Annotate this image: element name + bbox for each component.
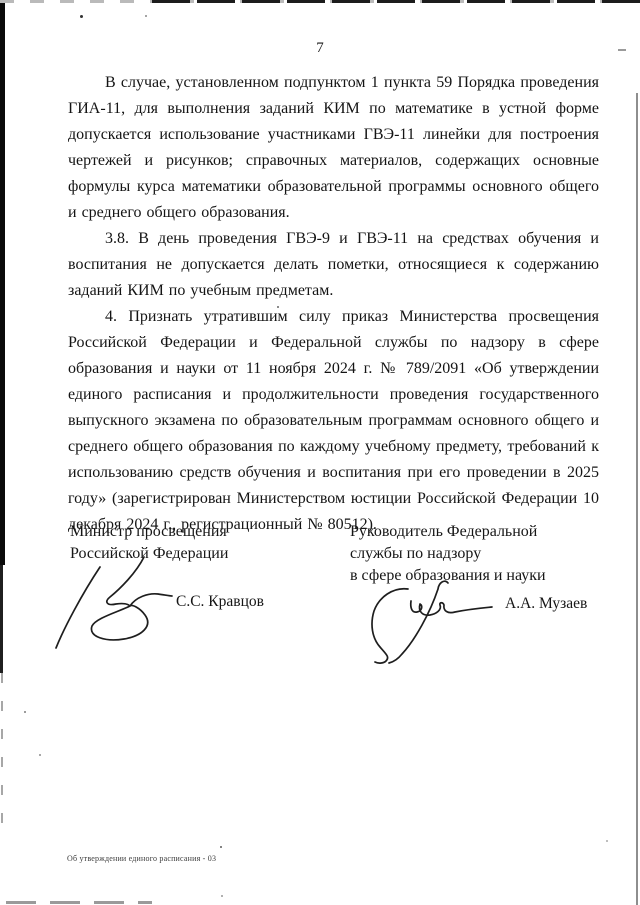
scan-edge-left-bar bbox=[0, 3, 5, 565]
scan-speck bbox=[39, 754, 41, 756]
scan-edge-bottom-dashes bbox=[6, 901, 152, 904]
scan-edge-left-bar-lower bbox=[0, 565, 3, 673]
scan-speck bbox=[80, 15, 83, 18]
scan-edge-right-line bbox=[636, 93, 638, 905]
scan-speck bbox=[220, 846, 222, 848]
scan-speck bbox=[221, 895, 223, 897]
rosobrnadzor-signature-scribble bbox=[360, 578, 500, 673]
body-paragraph-1: В случае, установленном подпунктом 1 пун… bbox=[68, 70, 599, 226]
scan-speck bbox=[606, 840, 608, 842]
scan-edge-left-dashes bbox=[1, 673, 3, 823]
rosobrnadzor-title-line: Руководитель Федеральной bbox=[350, 521, 546, 543]
rosobrnadzor-title-line: службы по надзору bbox=[350, 543, 546, 565]
scan-edge-top-dark bbox=[152, 0, 640, 3]
minister-name: С.С. Кравцов bbox=[176, 593, 264, 611]
page-number: 7 bbox=[0, 40, 640, 57]
document-body: В случае, установленном подпунктом 1 пун… bbox=[68, 70, 599, 538]
body-paragraph-2: 3.8. В день проведения ГВЭ-9 и ГВЭ-11 на… bbox=[68, 226, 599, 304]
scan-speck bbox=[145, 15, 147, 17]
scan-speck bbox=[24, 711, 26, 713]
footer-document-mark: Об утверждении единого расписания - 03 bbox=[67, 854, 216, 863]
rosobrnadzor-name: А.А. Музаев bbox=[505, 595, 587, 613]
body-paragraph-3: 4. Признать утратившим силу приказ Минис… bbox=[68, 304, 599, 538]
scanned-document-page: 7 В случае, установленном подпунктом 1 п… bbox=[0, 0, 640, 905]
minister-title-line: Министр просвещения bbox=[70, 521, 228, 543]
